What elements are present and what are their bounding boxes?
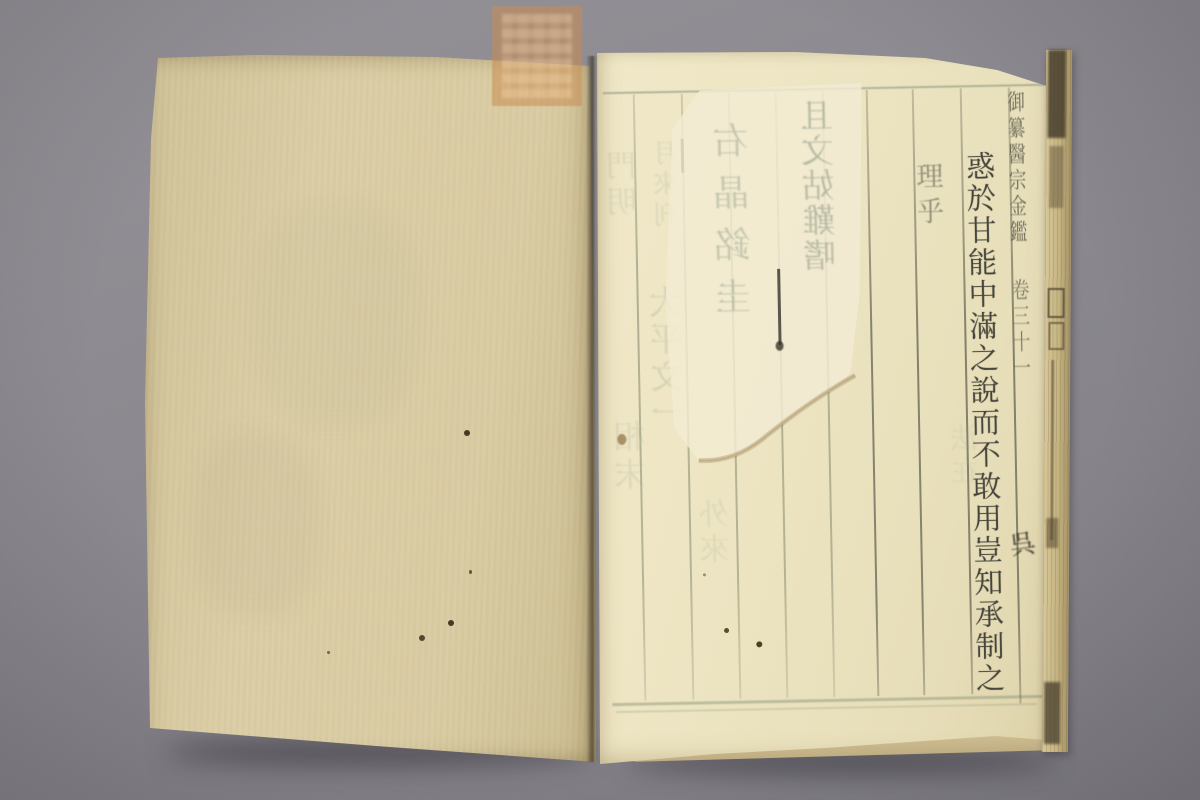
wormhole-speck	[464, 430, 470, 436]
wormhole-speck	[703, 573, 706, 576]
photo-backdrop: 大平文一 門明 相末 月來刊 外來 法在 且文姑難嗜 右晶銘圭 惑於甘能中滿之說…	[0, 0, 1200, 800]
faint-bleed-smudge	[256, 204, 416, 424]
edge-ink-mark	[1044, 682, 1060, 744]
wormhole-speck	[724, 628, 729, 633]
ghost-text-column: 且文姑難嗜	[795, 98, 845, 274]
edge-ink-mark	[1048, 288, 1065, 318]
folio-glyph: 呉	[1007, 523, 1037, 563]
ghost-text-column: 相末	[608, 419, 655, 496]
wormhole-speck	[756, 641, 762, 647]
ghost-text-column: 右晶銘圭	[707, 121, 762, 330]
edge-title: 御纂醫宗金鑑	[1002, 90, 1030, 246]
edge-ink-mark	[1049, 146, 1063, 208]
book-gutter	[586, 56, 598, 762]
ink-stain	[617, 434, 626, 445]
ghost-text-column: 外來	[696, 498, 741, 569]
ghost-text-column: 門明	[603, 149, 648, 222]
watermark-glyphs	[502, 14, 572, 98]
right-page: 大平文一 門明 相末 月來刊 外來 法在 且文姑難嗜 右晶銘圭 惑於甘能中滿之說…	[595, 48, 1057, 764]
left-page	[136, 54, 598, 766]
edge-ink-mark	[1048, 322, 1064, 350]
main-text-column: 惑於甘能中滿之說而不敢用豈知承制之	[959, 151, 1010, 696]
continuation-column: 理乎	[907, 162, 947, 233]
watermark	[492, 6, 582, 106]
ink-blob	[776, 341, 784, 351]
edge-ink-mark	[1046, 518, 1058, 548]
edge-ink-mark	[1048, 50, 1067, 138]
faint-bleed-smudge	[196, 434, 316, 614]
wormhole-speck	[419, 635, 425, 641]
tear-edge-line	[660, 373, 882, 477]
wormhole-speck	[469, 570, 472, 574]
bottom-frame-line-2	[617, 703, 1037, 713]
edge-volume: 卷三十一	[1006, 278, 1033, 382]
wormhole-speck	[327, 651, 330, 654]
fore-edge	[1042, 50, 1072, 752]
wormhole-speck	[448, 620, 454, 626]
print-block: 大平文一 門明 相末 月來刊 外來 法在 且文姑難嗜 右晶銘圭 惑於甘能中滿之說…	[594, 40, 1070, 765]
